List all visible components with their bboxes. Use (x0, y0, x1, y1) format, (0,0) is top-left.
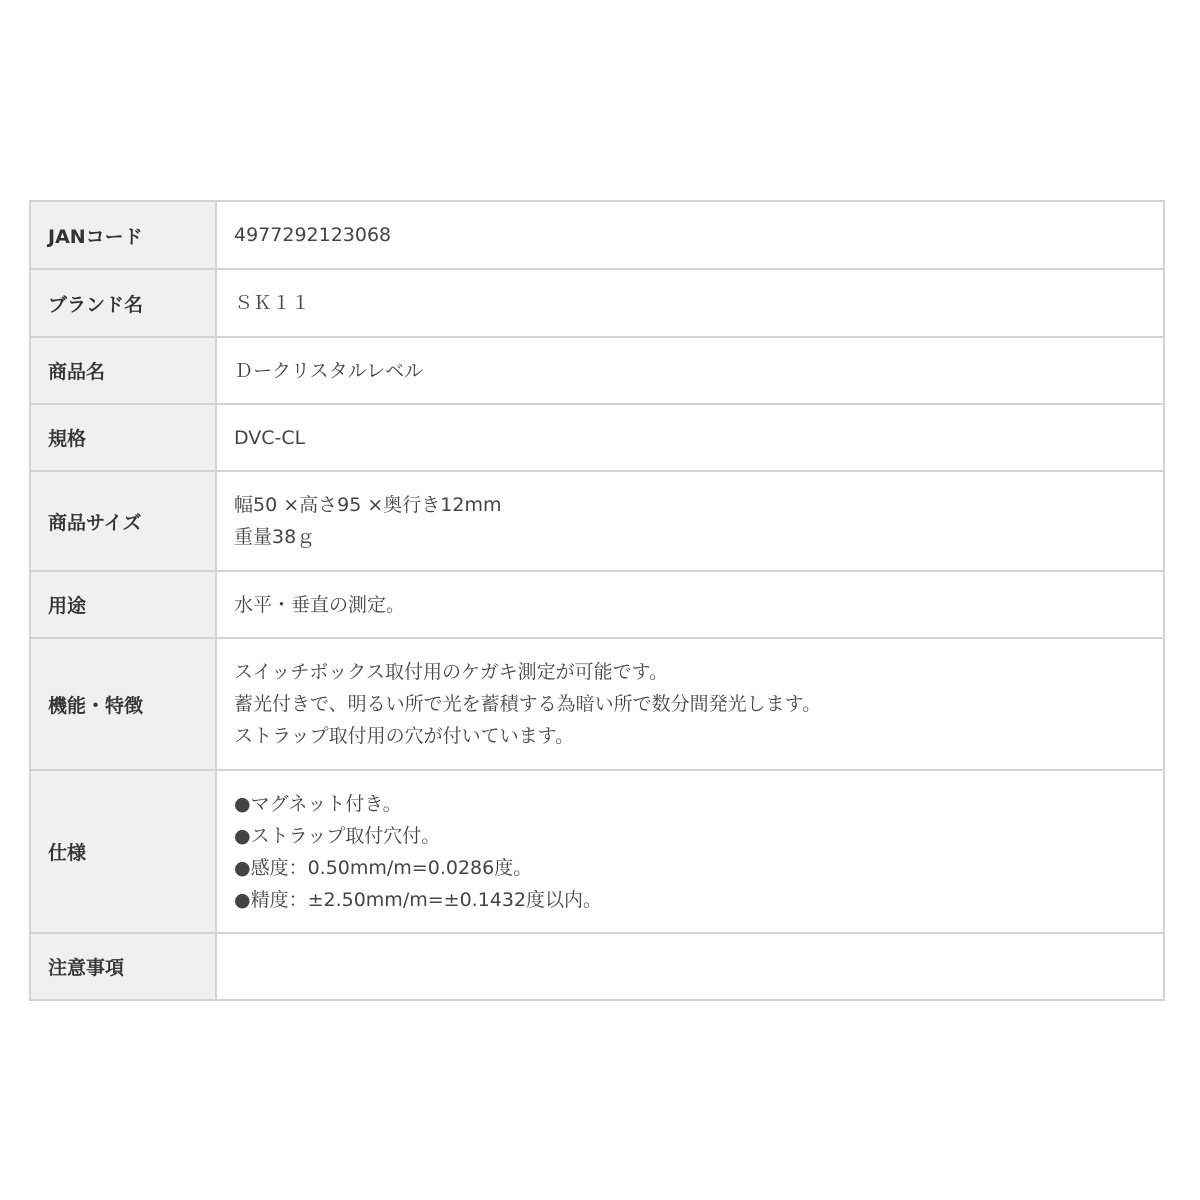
row-label: ブランド名 (30, 269, 216, 337)
row-value: 4977292123068 (216, 201, 1164, 269)
row-label: 機能・特徴 (30, 638, 216, 770)
table-row-features: 機能・特徴 スイッチボックス取付用のケガキ測定が可能です。 蓄光付きで、明るい所… (30, 638, 1164, 770)
row-value: DVC-CL (216, 404, 1164, 471)
value-line: スイッチボックス取付用のケガキ測定が可能です。 (234, 656, 1163, 688)
row-label: 注意事項 (30, 933, 216, 1000)
value-line: 水平・垂直の測定。 (234, 589, 1163, 621)
row-value: 水平・垂直の測定。 (216, 571, 1164, 638)
value-line: ●精度：±2.50mm/m=±0.1432度以内。 (234, 884, 1163, 916)
row-label: 商品サイズ (30, 471, 216, 571)
table-row-precautions: 注意事項 (30, 933, 1164, 1000)
value-line: ストラップ取付用の穴が付いています。 (234, 720, 1163, 752)
value-line: ●ストラップ取付穴付。 (234, 820, 1163, 852)
value-line: DVC-CL (234, 422, 1163, 454)
row-label: 用途 (30, 571, 216, 638)
value-line: Ｄークリスタルレベル (234, 355, 1163, 387)
row-value: スイッチボックス取付用のケガキ測定が可能です。 蓄光付きで、明るい所で光を蓄積す… (216, 638, 1164, 770)
row-value: 幅50 ×高さ95 ×奥行き12mm 重量38ｇ (216, 471, 1164, 571)
value-line: ●マグネット付き。 (234, 788, 1163, 820)
value-line: 4977292123068 (234, 219, 1163, 251)
table-row-product-size: 商品サイズ 幅50 ×高さ95 ×奥行き12mm 重量38ｇ (30, 471, 1164, 571)
row-label: 規格 (30, 404, 216, 471)
row-value: ＳＫ１１ (216, 269, 1164, 337)
table-row-brand-name: ブランド名 ＳＫ１１ (30, 269, 1164, 337)
value-line: 幅50 ×高さ95 ×奥行き12mm (234, 489, 1163, 521)
table-row-usage: 用途 水平・垂直の測定。 (30, 571, 1164, 638)
row-value: ●マグネット付き。 ●ストラップ取付穴付。 ●感度：0.50mm/m=0.028… (216, 770, 1164, 933)
row-label: 商品名 (30, 337, 216, 404)
row-value: Ｄークリスタルレベル (216, 337, 1164, 404)
value-line: 重量38ｇ (234, 521, 1163, 553)
value-line: ●感度：0.50mm/m=0.0286度。 (234, 852, 1163, 884)
row-label: JANコード (30, 201, 216, 269)
row-label: 仕様 (30, 770, 216, 933)
table-row-product-name: 商品名 Ｄークリスタルレベル (30, 337, 1164, 404)
table-row-specifications: 仕様 ●マグネット付き。 ●ストラップ取付穴付。 ●感度：0.50mm/m=0.… (30, 770, 1164, 933)
value-line: 蓄光付きで、明るい所で光を蓄積する為暗い所で数分間発光します。 (234, 688, 1163, 720)
table-row-standard: 規格 DVC-CL (30, 404, 1164, 471)
product-spec-table: JANコード 4977292123068 ブランド名 ＳＫ１１ 商品名 Ｄークリ… (29, 200, 1165, 1001)
row-value (216, 933, 1164, 1000)
value-line: ＳＫ１１ (234, 287, 1163, 319)
table-row-jan-code: JANコード 4977292123068 (30, 201, 1164, 269)
